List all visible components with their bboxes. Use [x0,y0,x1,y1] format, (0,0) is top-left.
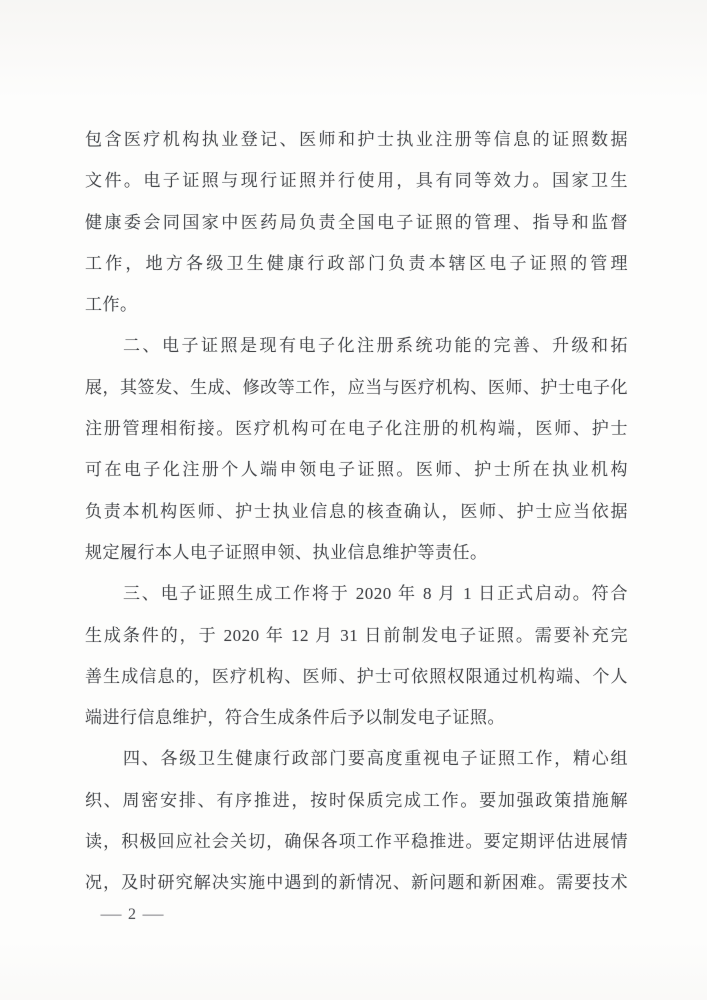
page-background: 包含医疗机构执业登记、医师和护士执业注册等信息的证照数据文件。电子证照与现行证照… [0,0,707,1000]
text-line: 工作。 [85,284,628,325]
text-line: 端进行信息维护，符合生成条件后予以制发电子证照。 [85,697,628,738]
page-number-right-dash: — [143,906,164,924]
text-line: 善生成信息的，医疗机构、医师、护士可依照权限通过机构端、个人 [85,656,628,697]
text-line: 健康委会同国家中医药局负责全国电子证照的管理、指导和监督 [85,202,628,243]
page-number-value: 2 [128,906,136,924]
text-line: 工作，地方各级卫生健康行政部门负责本辖区电子证照的管理 [85,243,628,284]
text-line: 规定履行本人电子证照申领、执业信息维护等责任。 [85,532,628,573]
page-number: — 2 — [103,901,161,929]
text-line: 包含医疗机构执业登记、医师和护士执业注册等信息的证照数据 [85,119,628,160]
text-line: 读，积极回应社会关切，确保各项工作平稳推进。要定期评估进展情 [85,821,628,862]
text-line: 展，其签发、生成、修改等工作，应当与医疗机构、医师、护士电子化 [85,367,628,408]
text-line: 况，及时研究解决实施中遇到的新情况、新问题和新困难。需要技术 [85,862,628,903]
paragraph: 四、各级卫生健康行政部门要高度重视电子证照工作，精心组织、周密安排、有序推进，按… [85,738,628,903]
text-line: 负责本机构医师、护士执业信息的核查确认，医师、护士应当依据 [85,491,628,532]
text-line: 四、各级卫生健康行政部门要高度重视电子证照工作，精心组 [85,738,628,779]
text-line: 织、周密安排、有序推进，按时保质完成工作。要加强政策措施解 [85,780,628,821]
document-body: 包含医疗机构执业登记、医师和护士执业注册等信息的证照数据文件。电子证照与现行证照… [85,119,628,904]
page-number-left-dash: — [101,906,122,924]
paragraph: 二、电子证照是现有电子化注册系统功能的完善、升级和拓展，其签发、生成、修改等工作… [85,325,628,573]
text-line: 文件。电子证照与现行证照并行使用，具有同等效力。国家卫生 [85,160,628,201]
text-line: 二、电子证照是现有电子化注册系统功能的完善、升级和拓 [85,325,628,366]
text-line: 生成条件的，于 2020 年 12 月 31 日前制发电子证照。需要补充完 [85,615,628,656]
paragraph: 包含医疗机构执业登记、医师和护士执业注册等信息的证照数据文件。电子证照与现行证照… [85,119,628,325]
text-line: 注册管理相衔接。医疗机构可在电子化注册的机构端，医师、护士 [85,408,628,449]
text-line: 可在电子化注册个人端申领电子证照。医师、护士所在执业机构 [85,449,628,490]
scanned-document-page: { "document": { "paragraphs": [ { "lines… [0,0,707,1000]
text-line: 三、电子证照生成工作将于 2020 年 8 月 1 日正式启动。符合 [85,573,628,614]
paragraph: 三、电子证照生成工作将于 2020 年 8 月 1 日正式启动。符合生成条件的，… [85,573,628,738]
